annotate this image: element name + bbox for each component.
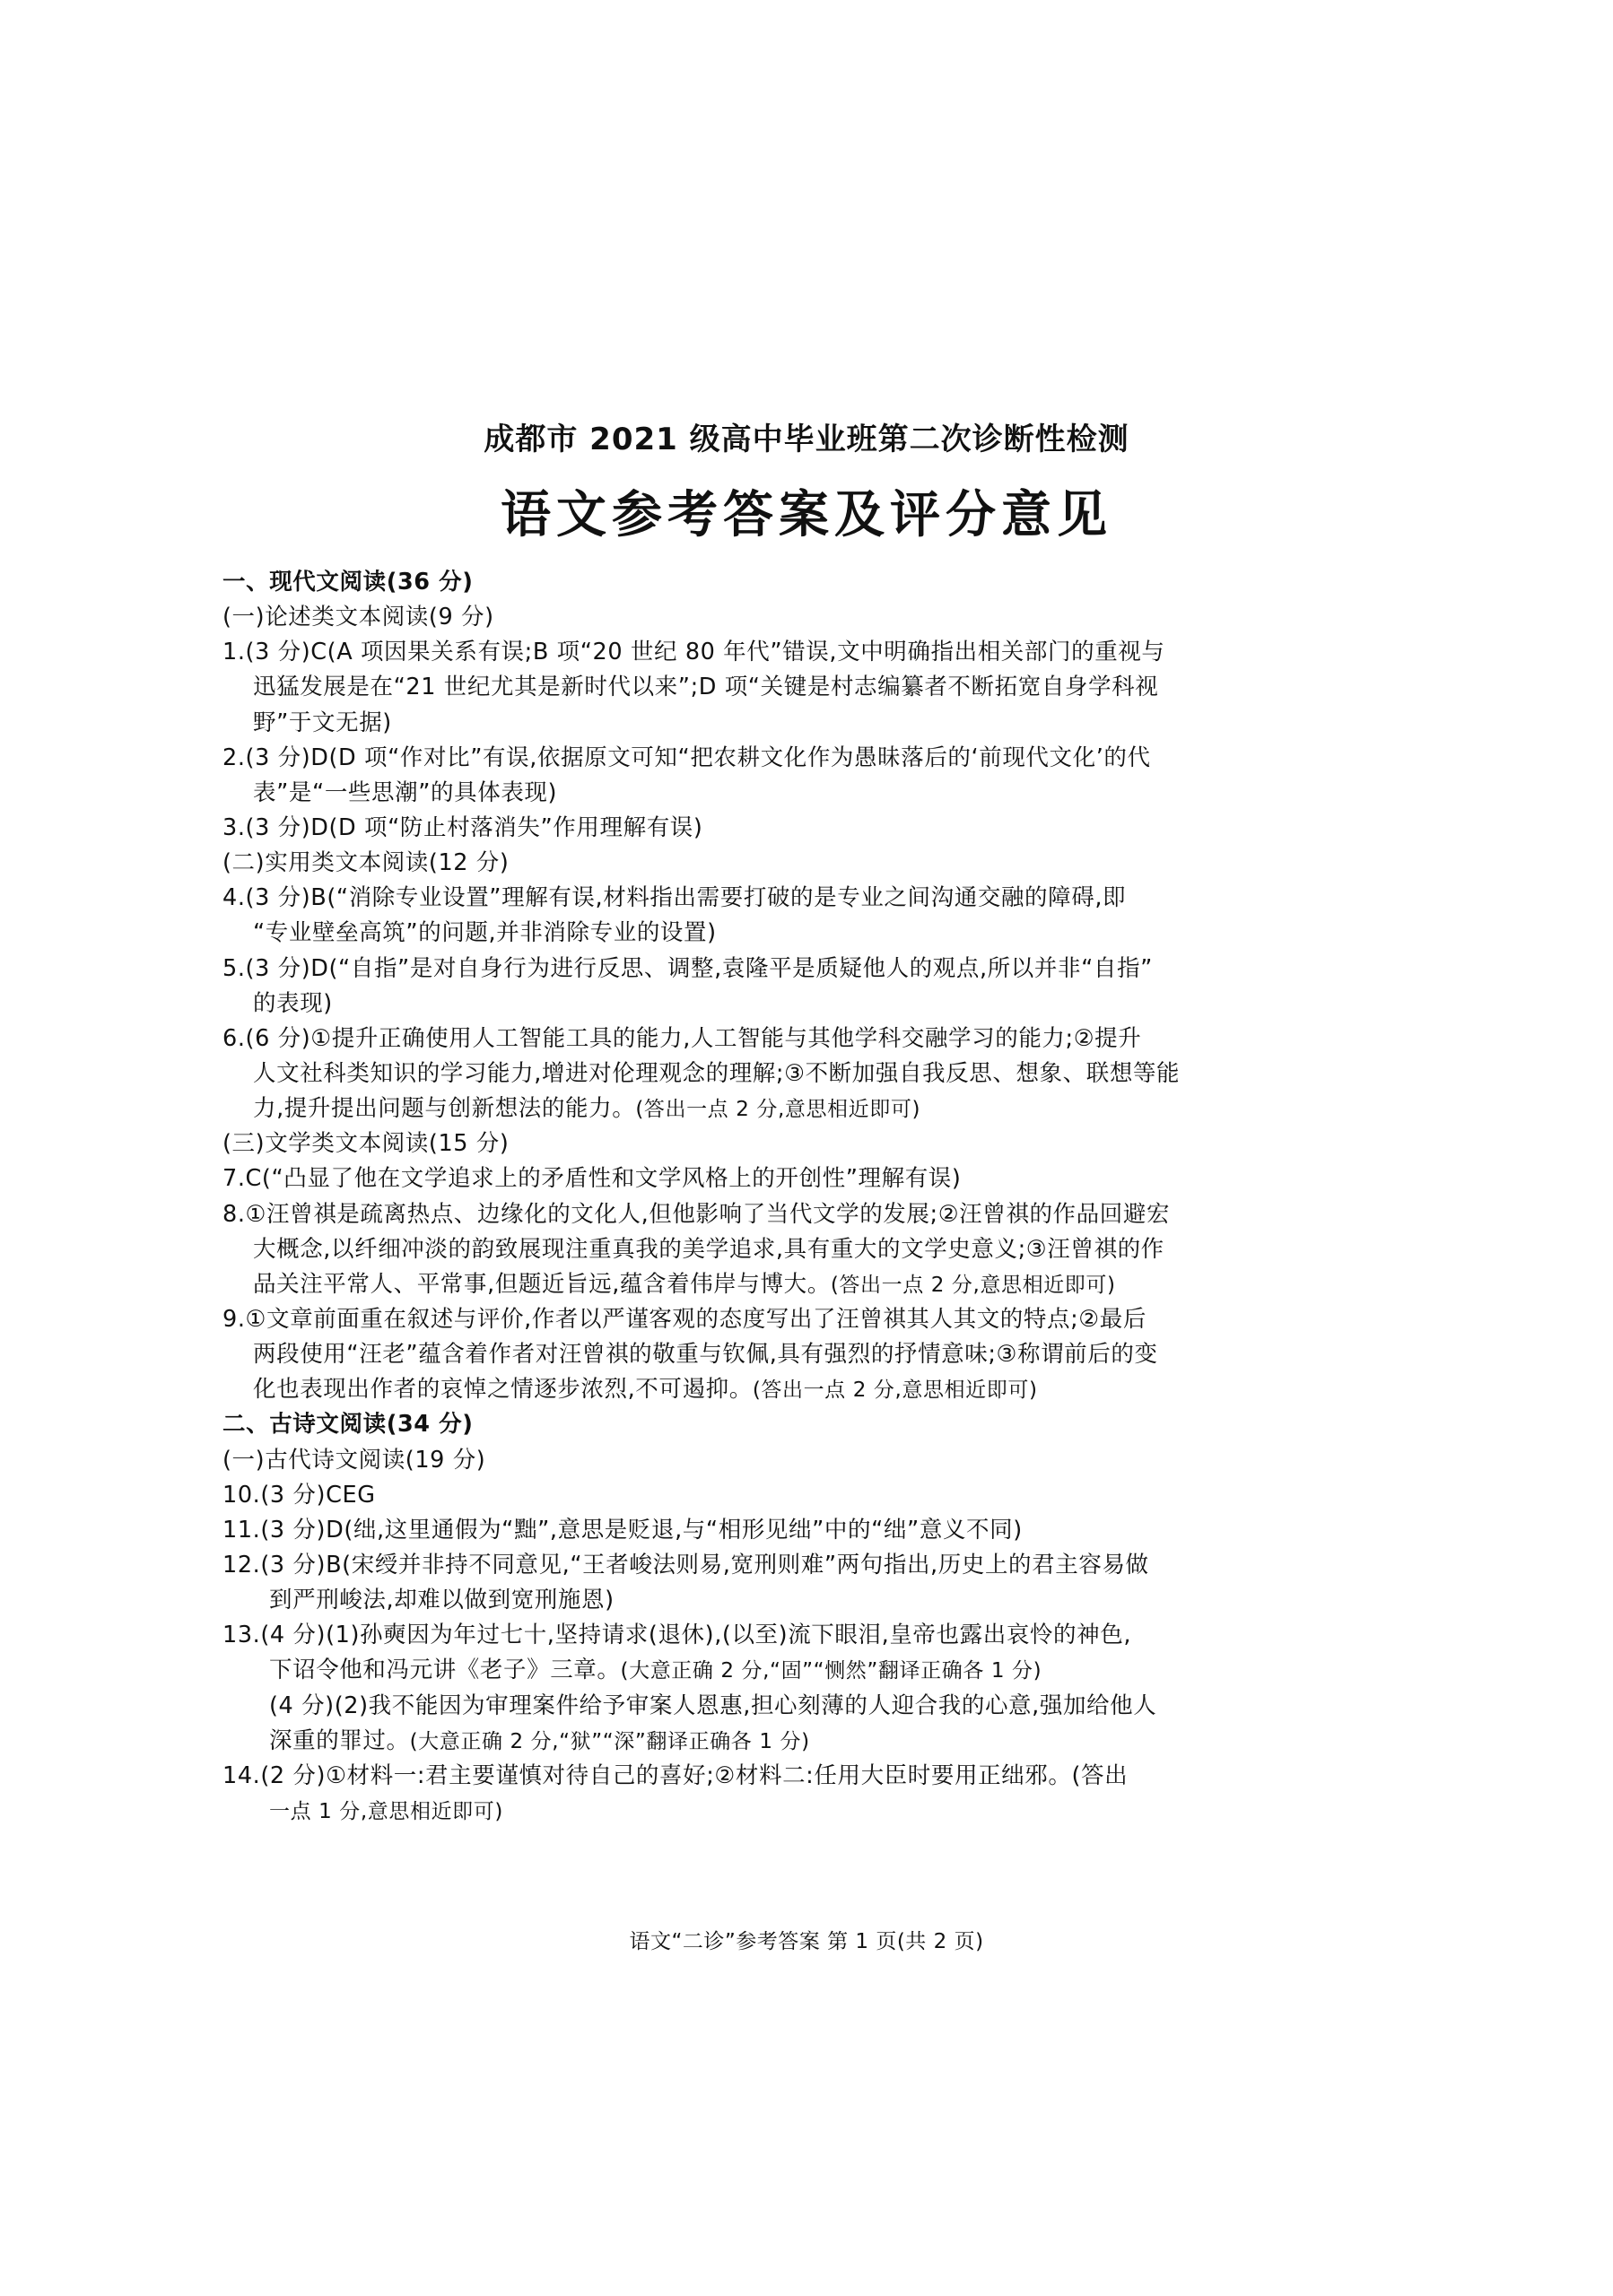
line-text: 9.①文章前面重在叙述与评价,作者以严谨客观的态度写出了汪曾祺其人其文的特点;②… [222,1306,1147,1333]
answer-key-page: 成都市 2021 级高中毕业班第二次诊断性检测 语文参考答案及评分意见 一、现代… [0,0,1613,2296]
line-text: 大概念,以纤细冲淡的韵致展现注重真我的美学追求,具有重大的文学史意义;③汪曾祺的… [253,1236,1164,1263]
answer-item: 11.(3 分)D(绌,这里通假为“黜”,意思是贬退,与“相形见绌”中的“绌”意… [222,1513,1380,1548]
line-text: 14.(2 分)①材料一:君主要谨慎对待自己的喜好;②材料二:任用大臣时要用正绌… [222,1762,1128,1789]
subsection-heading: (二)实用类文本阅读(12 分) [222,846,1380,881]
answer-body: 一、现代文阅读(36 分)(一)论述类文本阅读(9 分)1.(3 分)C(A 项… [222,565,1380,1829]
line-text: 的表现) [253,990,333,1017]
line-text: 1.(3 分)C(A 项因果关系有误;B 项“20 世纪 80 年代”错误,文中… [222,639,1165,665]
section-heading: 一、现代文阅读(36 分) [222,565,1380,600]
line-text: 8.①汪曾祺是疏离热点、边缘化的文化人,但他影响了当代文学的发展;②汪曾祺的作品… [222,1201,1170,1228]
document-title: 成都市 2021 级高中毕业班第二次诊断性检测 [0,414,1613,458]
answer-item: 2.(3 分)D(D 项“作对比”有误,依据原文可知“把农耕文化作为愚昧落后的‘… [222,741,1380,776]
line-text: 化也表现出作者的哀悼之情逐步浓烈,不可遏抑。 [253,1376,753,1403]
answer-item: 4.(3 分)B(“消除专业设置”理解有误,材料指出需要打破的是专业之间沟通交融… [222,881,1380,916]
line-text: (一)古代诗文阅读(19 分) [222,1447,485,1474]
page-footer: 语文“二诊”参考答案 第 1 页(共 2 页) [0,1925,1613,1954]
line-text: 下诏令他和冯元讲《老子》三章。 [269,1657,621,1683]
scoring-note: (大意正确 2 分,“固”“恻然”翻译正确各 1 分) [621,1659,1042,1683]
line-text: 二、古诗文阅读(34 分) [222,1411,473,1438]
answer-item: 14.(2 分)①材料一:君主要谨慎对待自己的喜好;②材料二:任用大臣时要用正绌… [222,1759,1380,1794]
answer-continuation: 两段使用“汪老”蕴含着作者对汪曾祺的敬重与钦佩,具有强烈的抒情意味;③称谓前后的… [222,1337,1380,1372]
line-text: (三)文学类文本阅读(15 分) [222,1130,509,1157]
subsection-heading: (三)文学类文本阅读(15 分) [222,1126,1380,1161]
document-subtitle: 语文参考答案及评分意见 [0,475,1613,547]
answer-continuation: (4 分)(2)我不能因为审理案件给予审案人恩惠,担心刻薄的人迎合我的心意,强加… [222,1689,1380,1724]
answer-continuation: 化也表现出作者的哀悼之情逐步浓烈,不可遏抑。(答出一点 2 分,意思相近即可) [222,1372,1380,1407]
answer-item: 12.(3 分)B(宋绶并非持不同意见,“王者峻法则易,宽刑则难”两句指出,历史… [222,1548,1380,1583]
answer-continuation: 迅猛发展是在“21 世纪尤其是新时代以来”;D 项“关键是村志编纂者不断拓宽自身… [222,670,1380,705]
answer-continuation: 品关注平常人、平常事,但题近旨远,蕴含着伟岸与博大。(答出一点 2 分,意思相近… [222,1267,1380,1302]
line-text: 7.C(“凸显了他在文学追求上的矛盾性和文学风格上的开创性”理解有误) [222,1165,961,1192]
answer-continuation: 力,提升提出问题与创新想法的能力。(答出一点 2 分,意思相近即可) [222,1091,1380,1126]
answer-item: 3.(3 分)D(D 项“防止村落消失”作用理解有误) [222,811,1380,846]
scoring-note: (大意正确 2 分,“狱”“深”翻译正确各 1 分) [410,1730,810,1753]
subsection-heading: (一)古代诗文阅读(19 分) [222,1443,1380,1478]
answer-item: 5.(3 分)D(“自指”是对自身行为进行反思、调整,袁隆平是质疑他人的观点,所… [222,952,1380,987]
line-text: “专业壁垒高筑”的问题,并非消除专业的设置) [253,919,717,946]
line-text: 品关注平常人、平常事,但题近旨远,蕴含着伟岸与博大。 [253,1271,831,1298]
scoring-note: (答出一点 2 分,意思相近即可) [635,1098,920,1121]
answer-item: 6.(6 分)①提升正确使用人工智能工具的能力,人工智能与其他学科交融学习的能力… [222,1022,1380,1057]
line-text: 两段使用“汪老”蕴含着作者对汪曾祺的敬重与钦佩,具有强烈的抒情意味;③称谓前后的… [253,1341,1158,1368]
answer-continuation: 到严刑峻法,却难以做到宽刑施恩) [222,1583,1380,1618]
scoring-note: (答出一点 2 分,意思相近即可) [753,1378,1038,1402]
line-text: 5.(3 分)D(“自指”是对自身行为进行反思、调整,袁隆平是质疑他人的观点,所… [222,955,1153,982]
answer-continuation: 人文社科类知识的学习能力,增进对伦理观念的理解;③不断加强自我反思、想象、联想等… [222,1057,1380,1091]
answer-continuation: 的表现) [222,987,1380,1022]
line-text: 到严刑峻法,却难以做到宽刑施恩) [269,1587,615,1613]
answer-item: 9.①文章前面重在叙述与评价,作者以严谨客观的态度写出了汪曾祺其人其文的特点;②… [222,1302,1380,1337]
answer-continuation: 下诏令他和冯元讲《老子》三章。(大意正确 2 分,“固”“恻然”翻译正确各 1 … [222,1653,1380,1688]
line-text: 6.(6 分)①提升正确使用人工智能工具的能力,人工智能与其他学科交融学习的能力… [222,1025,1141,1052]
answer-item: 1.(3 分)C(A 项因果关系有误;B 项“20 世纪 80 年代”错误,文中… [222,635,1380,670]
answer-continuation: 深重的罪过。(大意正确 2 分,“狱”“深”翻译正确各 1 分) [222,1724,1380,1759]
answer-item: 13.(4 分)(1)孙奭因为年过七十,坚持请求(退休),(以至)流下眼泪,皇帝… [222,1618,1380,1653]
scoring-note: (答出一点 2 分,意思相近即可) [831,1274,1116,1297]
subsection-heading: (一)论述类文本阅读(9 分) [222,600,1380,635]
answer-item: 10.(3 分)CEG [222,1478,1380,1513]
line-text: 深重的罪过。 [269,1727,410,1754]
line-text: 13.(4 分)(1)孙奭因为年过七十,坚持请求(退休),(以至)流下眼泪,皇帝… [222,1622,1131,1648]
line-text: 12.(3 分)B(宋绶并非持不同意见,“王者峻法则易,宽刑则难”两句指出,历史… [222,1552,1149,1578]
line-text: (4 分)(2)我不能因为审理案件给予审案人恩惠,担心刻薄的人迎合我的心意,强加… [269,1692,1156,1719]
answer-continuation: “专业壁垒高筑”的问题,并非消除专业的设置) [222,916,1380,951]
line-text: (二)实用类文本阅读(12 分) [222,849,509,876]
line-text: 一、现代文阅读(36 分) [222,569,473,596]
answer-continuation: 野”于文无据) [222,706,1380,741]
answer-item: 8.①汪曾祺是疏离热点、边缘化的文化人,但他影响了当代文学的发展;②汪曾祺的作品… [222,1197,1380,1232]
answer-item: 7.C(“凸显了他在文学追求上的矛盾性和文学风格上的开创性”理解有误) [222,1161,1380,1196]
line-text: 迅猛发展是在“21 世纪尤其是新时代以来”;D 项“关键是村志编纂者不断拓宽自身… [253,674,1158,700]
line-text: 表”是“一些思潮”的具体表现) [253,779,557,806]
answer-continuation: 大概念,以纤细冲淡的韵致展现注重真我的美学追求,具有重大的文学史意义;③汪曾祺的… [222,1232,1380,1267]
answer-continuation: 一点 1 分,意思相近即可) [222,1794,1380,1829]
line-text: 10.(3 分)CEG [222,1482,376,1509]
answer-continuation: 表”是“一些思潮”的具体表现) [222,776,1380,811]
scoring-note: 一点 1 分,意思相近即可) [269,1800,503,1823]
line-text: 4.(3 分)B(“消除专业设置”理解有误,材料指出需要打破的是专业之间沟通交融… [222,884,1126,911]
section-heading: 二、古诗文阅读(34 分) [222,1407,1380,1442]
line-text: 11.(3 分)D(绌,这里通假为“黜”,意思是贬退,与“相形见绌”中的“绌”意… [222,1517,1023,1544]
line-text: 人文社科类知识的学习能力,增进对伦理观念的理解;③不断加强自我反思、想象、联想等… [253,1060,1180,1087]
line-text: (一)论述类文本阅读(9 分) [222,604,494,631]
line-text: 野”于文无据) [253,709,392,736]
line-text: 力,提升提出问题与创新想法的能力。 [253,1095,635,1122]
line-text: 2.(3 分)D(D 项“作对比”有误,依据原文可知“把农耕文化作为愚昧落后的‘… [222,744,1151,771]
line-text: 3.(3 分)D(D 项“防止村落消失”作用理解有误) [222,814,702,841]
